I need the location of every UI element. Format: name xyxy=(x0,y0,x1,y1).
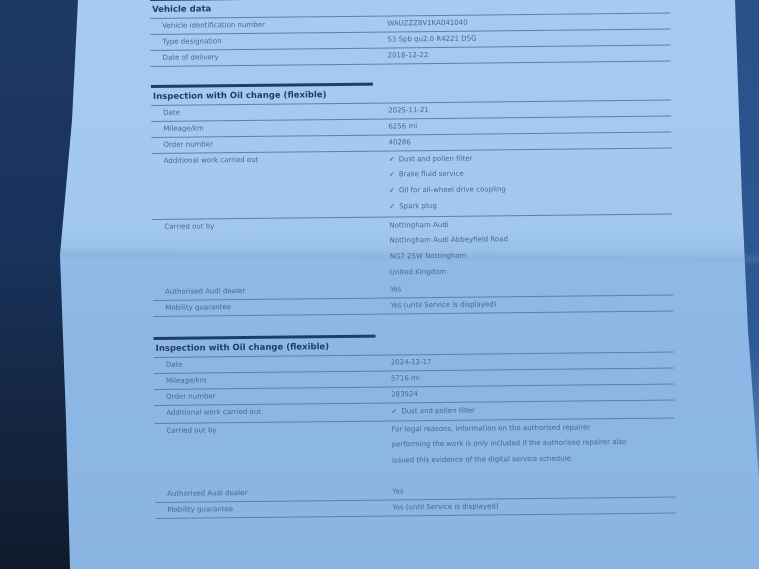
mobility-value: Yes (until Service is displayed) xyxy=(390,296,673,312)
type-designation-label: Type designation xyxy=(150,33,387,48)
carried-out-by-label: Carried out by xyxy=(154,421,391,436)
section-inspection-2024: Inspection with Oil change (flexible) Da… xyxy=(154,332,676,519)
mobility-value: Yes (until Service is displayed) xyxy=(392,498,675,514)
vin-value: WAUZZZ8V1KA041040 xyxy=(387,14,670,30)
date-value: 2025-11-21 xyxy=(388,101,671,117)
order-number-value: 283924 xyxy=(391,385,674,401)
additional-work-list: ✓Dust and pollen filter ✓Brake fluid ser… xyxy=(389,149,673,217)
carried-out-by-value: For legal reasons, information on the au… xyxy=(391,419,675,485)
additional-work-label: Additional work carried out xyxy=(154,403,391,418)
order-number-label: Order number xyxy=(154,387,391,402)
date-label: Date xyxy=(151,104,388,119)
carried-out-by-value: Nottingham Audi Nottingham Audi Abbeyfie… xyxy=(389,215,673,283)
delivery-date-label: Date of delivery xyxy=(151,49,388,64)
list-item: ✓Dust and pollen filter xyxy=(391,404,674,419)
table-row: Carried out by For legal reasons, inform… xyxy=(154,419,675,487)
dealer-value: Yes xyxy=(390,280,673,296)
section-inspection-2025: Inspection with Oil change (flexible) Da… xyxy=(151,80,673,317)
mileage-label: Mileage/km xyxy=(151,120,388,135)
mileage-value: 5716 mi xyxy=(391,369,674,385)
section-title-bar xyxy=(151,83,373,88)
dealer-label: Authorised Audi dealer xyxy=(153,283,390,298)
section-vehicle-data: Vehicle data Vehicle identification numb… xyxy=(150,0,671,67)
carried-out-by-label: Carried out by xyxy=(152,218,389,233)
delivery-date-value: 2018-12-22 xyxy=(388,46,671,62)
check-icon: ✓ xyxy=(389,154,399,164)
additional-work-label: Additional work carried out xyxy=(152,152,389,167)
dealer-label: Authorised Audi dealer xyxy=(155,484,392,499)
table-row: Carried out by Nottingham Audi Nottingha… xyxy=(152,215,673,285)
vin-label: Vehicle identification number xyxy=(150,17,387,32)
table-row: Additional work carried out ✓Dust and po… xyxy=(152,149,673,220)
dealer-value: Yes xyxy=(392,482,675,498)
list-item: ✓Spark plug xyxy=(389,196,672,215)
check-icon: ✓ xyxy=(389,182,399,198)
mileage-value: 6256 mi xyxy=(388,117,671,133)
date-value: 2024-12-17 xyxy=(391,353,674,369)
check-icon: ✓ xyxy=(389,166,399,182)
additional-work-list: ✓Dust and pollen filter xyxy=(391,401,674,421)
check-icon: ✓ xyxy=(391,406,401,416)
service-record-document: Vehicle data Vehicle identification numb… xyxy=(150,0,676,537)
date-label: Date xyxy=(154,355,391,370)
mobility-label: Mobility guarantee xyxy=(155,500,392,515)
check-icon: ✓ xyxy=(389,198,399,214)
section-title-bar xyxy=(150,0,372,1)
mobility-label: Mobility guarantee xyxy=(153,299,390,314)
mileage-label: Mileage/km xyxy=(154,371,391,386)
order-number-value: 40286 xyxy=(388,133,671,149)
section-title-bar xyxy=(154,335,376,340)
order-number-label: Order number xyxy=(151,136,388,151)
type-designation-value: S3 Spb qu2.0 R4221 DSG xyxy=(387,30,670,46)
